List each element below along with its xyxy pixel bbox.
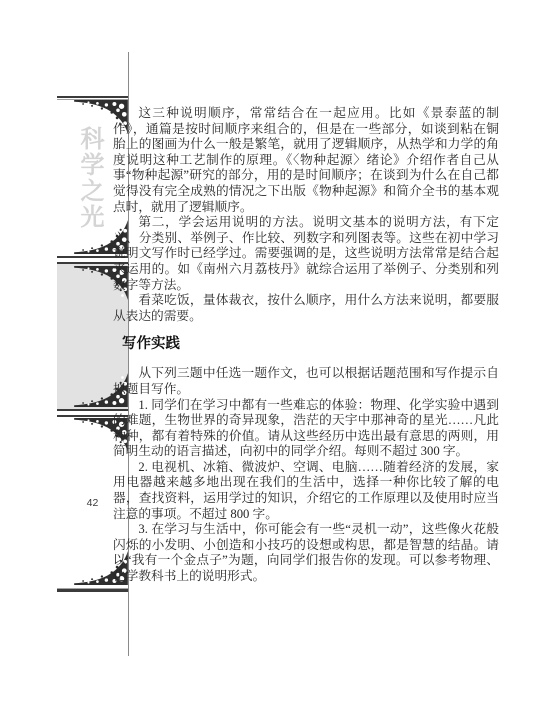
practice-item: 2. 电视机、冰箱、微波炉、空调、电脑……随着经济的发展，家用电器越来越多地出现… (113, 460, 499, 522)
main-text-column: 这三种说明顺序，常常结合在一起应用。比如《景泰蓝的制作》，通篇是按时间顺序来组合… (113, 106, 499, 585)
body-paragraph: 这三种说明顺序，常常结合在一起应用。比如《景泰蓝的制作》，通篇是按时间顺序来组合… (113, 106, 499, 215)
textbook-page: 科 学 之 光 42 这三种说明顺序，常常结合在一起应用。比如《景泰蓝的制作》，… (0, 0, 550, 711)
body-paragraph: 第二，学会运用说明的方法。说明文基本的说明方法，有下定义、分类别、举例子、作比较… (113, 215, 499, 293)
practice-intro: 从下列三题中任选一题作文，也可以根据话题范围和写作提示自拟题目写作。 (113, 366, 499, 397)
sidebar-bottom-rule (57, 588, 128, 592)
body-paragraph: 看菜吃饭，量体裁衣，按什么顺序，用什么方法来说明，都要服从表达的需要。 (113, 293, 499, 324)
practice-item: 3. 在学习与生活中，你可能会有一些“灵机一动”，这些像火花般闪烁的小发明、小创… (113, 522, 499, 584)
section-heading: 写作实践 (122, 336, 499, 352)
practice-item: 1. 同学们在学习中都有一些难忘的体验：物理、化学实验中遇到的难题，生物世界的奇… (113, 398, 499, 460)
